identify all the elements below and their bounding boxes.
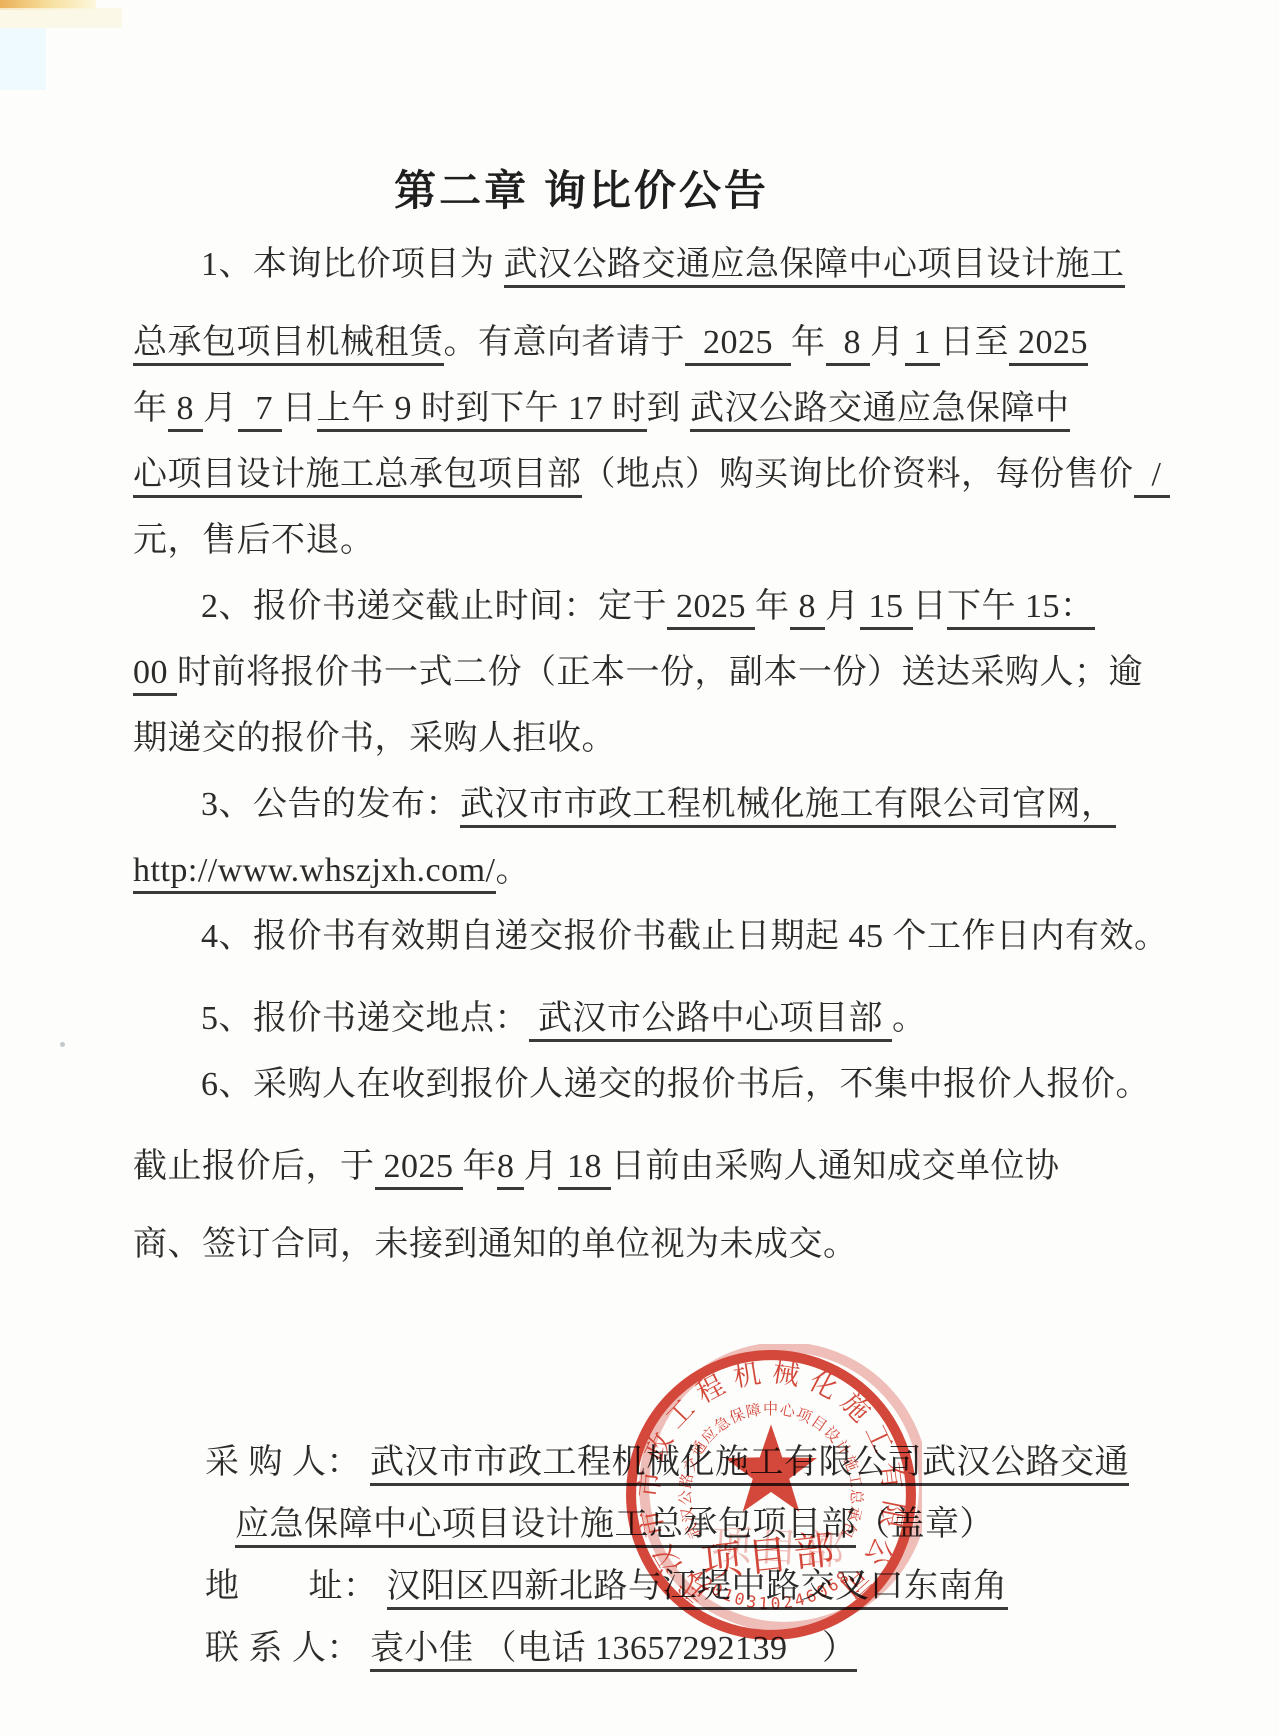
underlined-text: 下午 15： [947,588,1095,630]
body-line: 总承包项目机械租赁。有意向者请于 2025 年 8 月 1 日至 2025 [133,310,1173,376]
underlined-text: 武汉公路交通应急保障中 [690,390,1070,432]
plain-text: 4、报价书有效期自递交报价书截止日期起 45 个工作日内有效。 [201,918,1169,955]
plain-text: 地 址： [205,1568,387,1605]
plain-text: 年 [133,390,168,427]
body-line: 00 时前将报价书一式二份（正本一份，副本一份）送达采购人；逾 [133,640,1173,706]
underlined-text: http://www.whszjxh.com/ [133,852,496,894]
plain-text: 。有意向者请于 [444,324,686,361]
body-line: 截止报价后，于 2025 年8 月 18 日前由采购人通知成交单位协 [133,1134,1173,1200]
underlined-text: 8 [497,1148,524,1190]
body-line: 期递交的报价书，采购人拒收。 [133,706,1173,772]
body-line: 6、采购人在收到报价人递交的报价书后，不集中报价人报价。 [133,1052,1173,1118]
plain-text: 年 [755,588,790,625]
scan-artifact-dot [60,1042,65,1047]
document-body: 1、本询比价项目为 武汉公路交通应急保障中心项目设计施工总承包项目机械租赁。有意… [133,232,1173,1278]
underlined-text: 15 [860,588,913,630]
plain-text: 年 [463,1148,498,1185]
underlined-text: 武汉公路交通应急保障中心项目设计施工 [504,246,1125,288]
plain-text: 6、采购人在收到报价人递交的报价书后，不集中报价人报价。 [201,1066,1150,1103]
body-line: 2、报价书递交截止时间：定于 2025 年 8 月 15 日下午 15： [133,574,1173,640]
plain-text: 商、签订合同，未接到通知的单位视为未成交。 [133,1226,858,1263]
underlined-text: 总承包项目机械租赁 [133,324,444,366]
body-line: 年 8 月 7 日上午 9 时到下午 17 时到 武汉公路交通应急保障中 [133,376,1173,442]
seal-ring [631,1355,911,1635]
plain-text: （地点）购买询比价资料，每份售价 [582,456,1134,493]
plain-text: 日至 [940,324,1009,361]
plain-text: 日前由采购人通知成交单位协 [611,1148,1060,1185]
plain-text: 时前将报价书一式二份（正本一份，副本一份）送达采购人；逾 [177,654,1143,691]
plain-text: 。 [892,1000,927,1037]
plain-text: 月 [524,1148,559,1185]
scan-artifact-blue [0,28,46,90]
underlined-text: 2025 [667,588,755,630]
underlined-text: 00 [133,654,177,696]
plain-text: 期递交的报价书，采购人拒收。 [133,720,616,757]
body-line: 心项目设计施工总承包项目部（地点）购买询比价资料，每份售价 / [133,442,1173,508]
page-title: 第二章 询比价公告 [0,158,1221,218]
scanned-document-page: 第二章 询比价公告 1、本询比价项目为 武汉公路交通应急保障中心项目设计施工总承… [0,0,1279,1736]
plain-text: 月 [870,324,905,361]
underlined-text: 2025 [375,1148,463,1190]
underlined-text: 18 [558,1148,611,1190]
company-seal-stamp: 项目部 武汉市市政工程机械化施工有限公司 武汉公路交通应急保障中心项目设计施工总… [620,1344,922,1646]
scan-artifact-cream [0,8,122,28]
plain-text: 5、报价书递交地点： [201,1000,529,1037]
seal-star-icon [725,1425,817,1512]
underlined-text: 武汉市公路中心项目部 [529,1000,892,1042]
underlined-text: 7 [238,390,283,432]
underlined-text: 8 [790,588,826,630]
plain-text: 1、本询比价项目为 [201,246,504,283]
plain-text: 年 [791,324,826,361]
plain-text: 。 [496,852,531,889]
underlined-text: 1 [905,324,941,366]
underlined-text: 8 [168,390,204,432]
plain-text: 3、公告的发布： [201,786,460,823]
body-line: http://www.whszjxh.com/。 [133,838,1173,904]
underlined-text: / [1134,456,1171,498]
underlined-text: 心项目设计施工总承包项目部 [133,456,582,498]
body-line: 5、报价书递交地点： 武汉市公路中心项目部 。 [133,986,1173,1052]
body-line: 元，售后不退。 [133,508,1173,574]
underlined-text: 8 [826,324,871,366]
plain-text: 日 [282,390,317,427]
underlined-text: 2025 [1009,324,1088,366]
plain-text: 月 [203,390,238,427]
body-line: 商、签订合同，未接到通知的单位视为未成交。 [133,1212,1173,1278]
plain-text: 截止报价后，于 [133,1148,375,1185]
body-line: 1、本询比价项目为 武汉公路交通应急保障中心项目设计施工 [133,232,1173,298]
plain-text: 联 系 人： [205,1630,370,1667]
body-line: 4、报价书有效期自递交报价书截止日期起 45 个工作日内有效。 [133,904,1173,970]
plain-text: 采 购 人： [205,1444,370,1481]
plain-text: 月 [825,588,860,625]
plain-text: 元，售后不退。 [133,522,375,559]
underlined-text: 2025 [685,324,791,366]
plain-text: 日 [913,588,948,625]
plain-text: 2、报价书递交截止时间：定于 [201,588,667,625]
body-line: 3、公告的发布：武汉市市政工程机械化施工有限公司官网， [133,772,1173,838]
underlined-text: 武汉市市政工程机械化施工有限公司官网， [460,786,1116,828]
plain-text: 到 [647,390,691,427]
underlined-text: 上午 9 时到下午 17 时 [317,390,647,432]
